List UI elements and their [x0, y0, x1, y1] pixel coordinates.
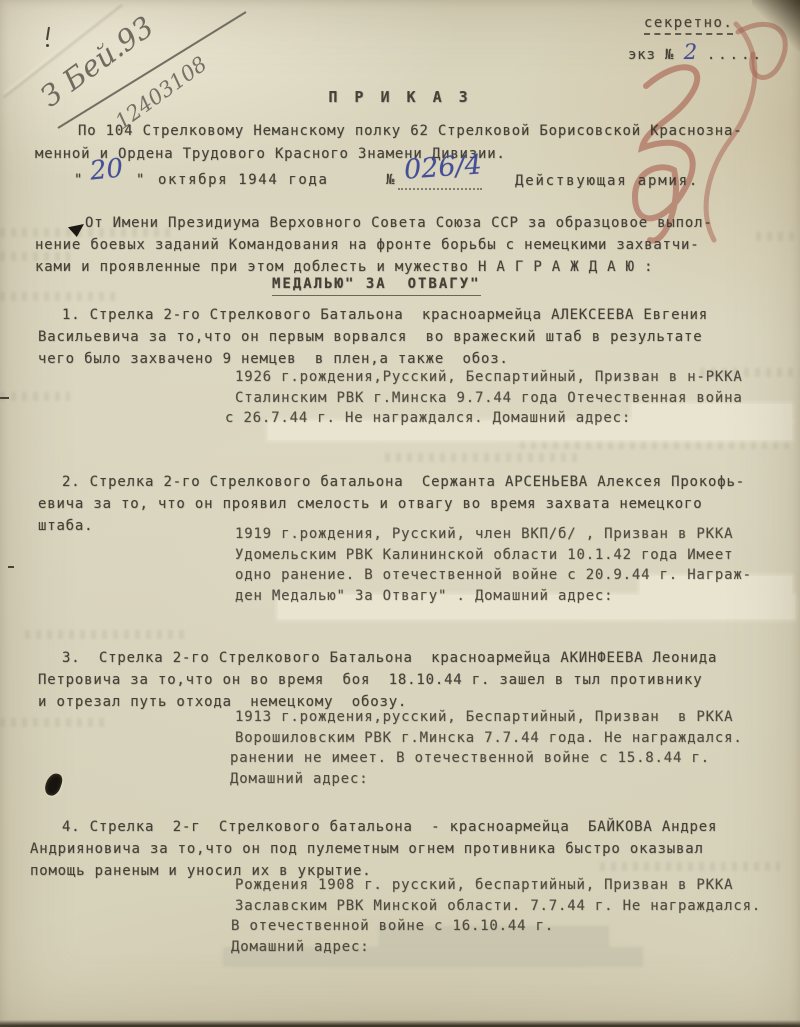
detail-line: с 26.7.44 г. Не награждался. Домашний ад…: [225, 408, 743, 429]
detail-line: 1919 г.рождения, Русский, член ВКП/б/ , …: [235, 524, 752, 545]
citation-line: 2. Стрелка 2-го Стрелкового батальона Се…: [38, 471, 745, 493]
order-number-label: №: [386, 172, 395, 188]
detail-line: Сталинским РВК г.Минска 9.7.44 года Отеч…: [235, 388, 743, 409]
detail-line: Удомельским РВК Калининской области 10.1…: [235, 545, 752, 566]
detail-line: Рождения 1908 г. русский, беспартийный, …: [235, 875, 761, 896]
citation-line: 4. Стрелка 2-г Стрелкового батальона - к…: [38, 816, 717, 838]
date-close-quote: ": [136, 172, 145, 188]
preamble-line: От Имени Президиума Верховного Совета Со…: [35, 212, 713, 234]
date-open-quote: ": [74, 172, 83, 188]
citation-line: евича за то, что он проявил смелость и о…: [38, 493, 745, 515]
detail-line: одно ранение. В отечественной войне с 20…: [235, 565, 752, 586]
entry-details: 1913 г.рождения,русский, Беспартийный, П…: [235, 707, 743, 789]
entry-details: 1919 г.рождения, Русский, член ВКП/б/ , …: [235, 524, 752, 606]
detail-line: 1926 г.рождения,Русский, Беспартийный, П…: [235, 367, 743, 388]
margin-dash: [0, 397, 9, 399]
award-heading: МЕДАЛЬЮ" ЗА ОТВАГУ": [272, 276, 481, 296]
paper-speck: [46, 44, 49, 47]
scan-edge-corner: [752, 0, 800, 52]
preamble: От Имени Президиума Верховного Совета Со…: [35, 212, 713, 278]
citation-line: Андрияновича за то,что он под пулеметным…: [30, 838, 717, 860]
preamble-line: нение боевых заданий Командования на фро…: [35, 234, 713, 256]
entry-citation: 3. Стрелка 2-го Стрелкового Батальона кр…: [38, 647, 717, 713]
bleedthrough-smudge: [0, 292, 120, 301]
bleedthrough-smudge: [520, 440, 790, 449]
bleedthrough-smudge: [385, 453, 580, 462]
scan-edge-bottom: [0, 1020, 800, 1027]
preamble-line: ками и проявленные при этом доблесть и м…: [35, 256, 713, 278]
detail-line: В отечественной войне с 16.10.44 г.: [231, 916, 761, 937]
order-number-dotted-line: [398, 170, 482, 190]
detail-line: 1913 г.рождения,русский, Беспартийный, П…: [235, 707, 743, 728]
detail-line: Заславским РВК Минской области. 7.7.44 г…: [235, 896, 761, 917]
citation-line: 3. Стрелка 2-го Стрелкового Батальона кр…: [38, 647, 717, 669]
bleedthrough-smudge: [25, 630, 190, 639]
detail-line: Ворошиловским РВК г.Минска 7.7.44 года. …: [235, 728, 743, 749]
entry-citation: 4. Стрелка 2-г Стрелкового батальона - к…: [38, 816, 717, 882]
paper-hole: [43, 771, 64, 798]
citation-line: Петровича за то,что он во время боя 18.1…: [38, 669, 717, 691]
entry-details: Рождения 1908 г. русский, беспартийный, …: [235, 875, 761, 957]
unit-paragraph: По 104 Стрелковому Неманскому полку 62 С…: [35, 120, 742, 166]
detail-line: ден Медалью" За Отвагу" . Домашний адрес…: [235, 586, 752, 607]
bleedthrough-smudge: [0, 392, 70, 401]
unit-line: По 104 Стрелковому Неманскому полку 62 С…: [35, 120, 742, 143]
entry-details: 1926 г.рождения,Русский, Беспартийный, П…: [235, 367, 743, 429]
unit-line: менной и Ордена Трудового Красного Знаме…: [35, 143, 742, 166]
detail-line: Домашний адрес:: [230, 769, 743, 790]
detail-line: ранении не имеет. В отечественной войне …: [230, 748, 743, 769]
citation-line: 1. Стрелка 2-го Стрелкового Батальона кр…: [38, 304, 708, 326]
bleedthrough-smudge: [0, 718, 110, 727]
order-title: П Р И К А З: [0, 88, 800, 106]
citation-line: Васильевича за то,что он первым ворвался…: [38, 326, 708, 348]
margin-dash: [8, 566, 14, 568]
document-page: секретно. экз № 2 ..... З Бей.93 1240310…: [0, 0, 800, 1027]
date-day-handwritten: 20: [89, 153, 125, 186]
entry-citation: 1. Стрелка 2-го Стрелкового Батальона кр…: [38, 304, 708, 370]
detail-line: Домашний адрес:: [231, 937, 761, 958]
date-month-year: октября 1944 года: [158, 172, 329, 188]
army-label: Действующая армия.: [515, 173, 699, 189]
